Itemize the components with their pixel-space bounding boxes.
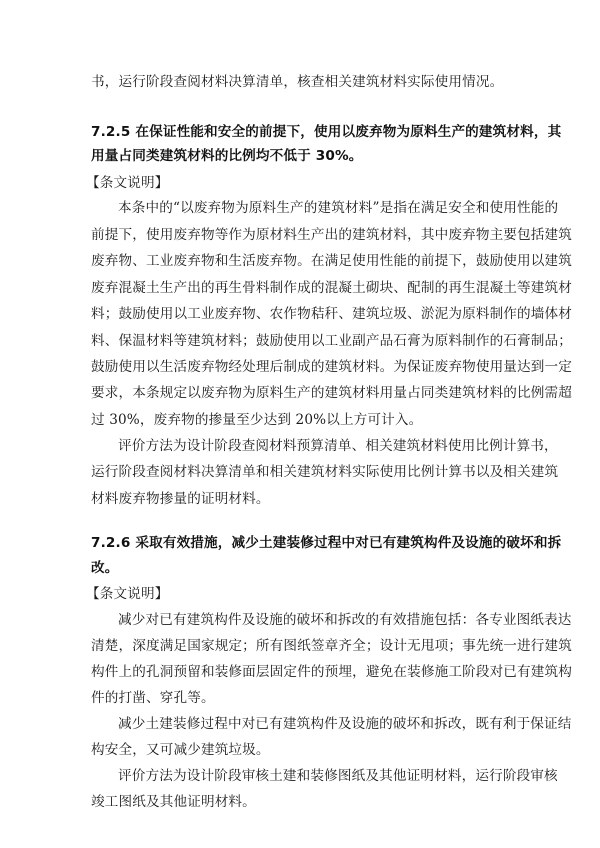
clause-7-2-5-p2-line: 评价方法为设计阶段查阅材料预算清单、相关建筑材料使用比例计算书， [118,437,548,455]
clause-7-2-5-p1-line: 废弃物、工业废弃物和生活废弃物。在满足使用性能的前提下，鼓励使用以建筑 [91,252,521,270]
clause-7-2-6-heading-cont: 改。 [91,559,521,577]
clause-7-2-5-p1-line: 前提下，使用废弃物等作为原材料生产出的建筑材料，其中废弃物主要包括建筑 [91,226,521,244]
clause-7-2-6-p1-line: 减少对已有建筑构件及设施的破坏和拆改的有效措施包括：各专业图纸表达 [118,611,548,629]
clause-7-2-6-p2-line: 构安全，又可减少建筑垃圾。 [91,741,521,759]
clause-7-2-5-explanation-label: 【条文说明】 [86,174,516,192]
clause-7-2-6-p2-line: 减少土建装修过程中对已有建筑构件及设施的破坏和拆改，既有利于保证结 [118,715,548,733]
clause-7-2-6-p1-line: 清楚，深度满足国家规定；所有图纸签章齐全；设计无甩项；事先统一进行建筑 [91,637,521,655]
clause-7-2-5-p1-line: 废弃混凝土生产出的再生骨料制作成的混凝土砌块、配制的再生混凝土等建筑材 [91,279,521,297]
clause-7-2-5-p1-line: 料；鼓励使用以工业废弃物、农作物秸秆、建筑垃圾、淤泥为原料制作的墙体材 [91,305,521,323]
clause-7-2-6-p3-line: 评价方法为设计阶段审核土建和装修图纸及其他证明材料，运行阶段审核 [118,767,548,785]
clause-7-2-6-p3-line: 竣工图纸及其他证明材料。 [91,793,521,811]
clause-7-2-5-p1-line: 要求，本条规定以废弃物为原料生产的建筑材料用量占同类建筑材料的比例需超 [91,384,521,402]
clause-7-2-6-p1-line: 件的打凿、穿孔等。 [91,689,521,707]
clause-7-2-6-p1-line: 构件上的孔洞预留和装修面层固定件的预埋，避免在装修施工阶段对已有建筑构 [91,663,521,681]
clause-7-2-5-p1-line: 过 30%，废弃物的掺量至少达到 20%以上方可计入。 [91,411,521,429]
clause-7-2-5-heading: 7.2.5 在保证性能和安全的前提下，使用以废弃物为原料生产的建筑材料，其 [91,123,521,141]
clause-7-2-6-heading: 7.2.6 采取有效措施，减少土建装修过程中对已有建筑构件及设施的破坏和拆 [91,534,521,552]
clause-7-2-5-p1-line: 料、保温材料等建筑材料；鼓励使用以工业副产品石膏为原料制作的石膏制品； [91,332,521,350]
clause-7-2-6-explanation-label: 【条文说明】 [86,585,516,603]
clause-7-2-5-p1-line: 鼓励使用以生活废弃物经处理后制成的建筑材料。为保证废弃物使用量达到一定 [91,358,521,376]
clause-7-2-5-p1-line: 本条中的“以废弃物为原料生产的建筑材料”是指在满足安全和使用性能的 [118,199,548,217]
clause-7-2-5-p2-line: 材料废弃物掺量的证明材料。 [91,490,521,508]
continuation-text: 书，运行阶段查阅材料决算清单，核查相关建筑材料实际使用情况。 [91,73,521,91]
document-page: 书，运行阶段查阅材料决算清单，核查相关建筑材料实际使用情况。 7.2.5 在保证… [0,0,600,848]
clause-7-2-5-p2-line: 运行阶段查阅材料决算清单和相关建筑材料实际使用比例计算书以及相关建筑 [91,463,521,481]
clause-7-2-5-heading-cont: 用量占同类建筑材料的比例均不低于 30%。 [91,147,521,165]
